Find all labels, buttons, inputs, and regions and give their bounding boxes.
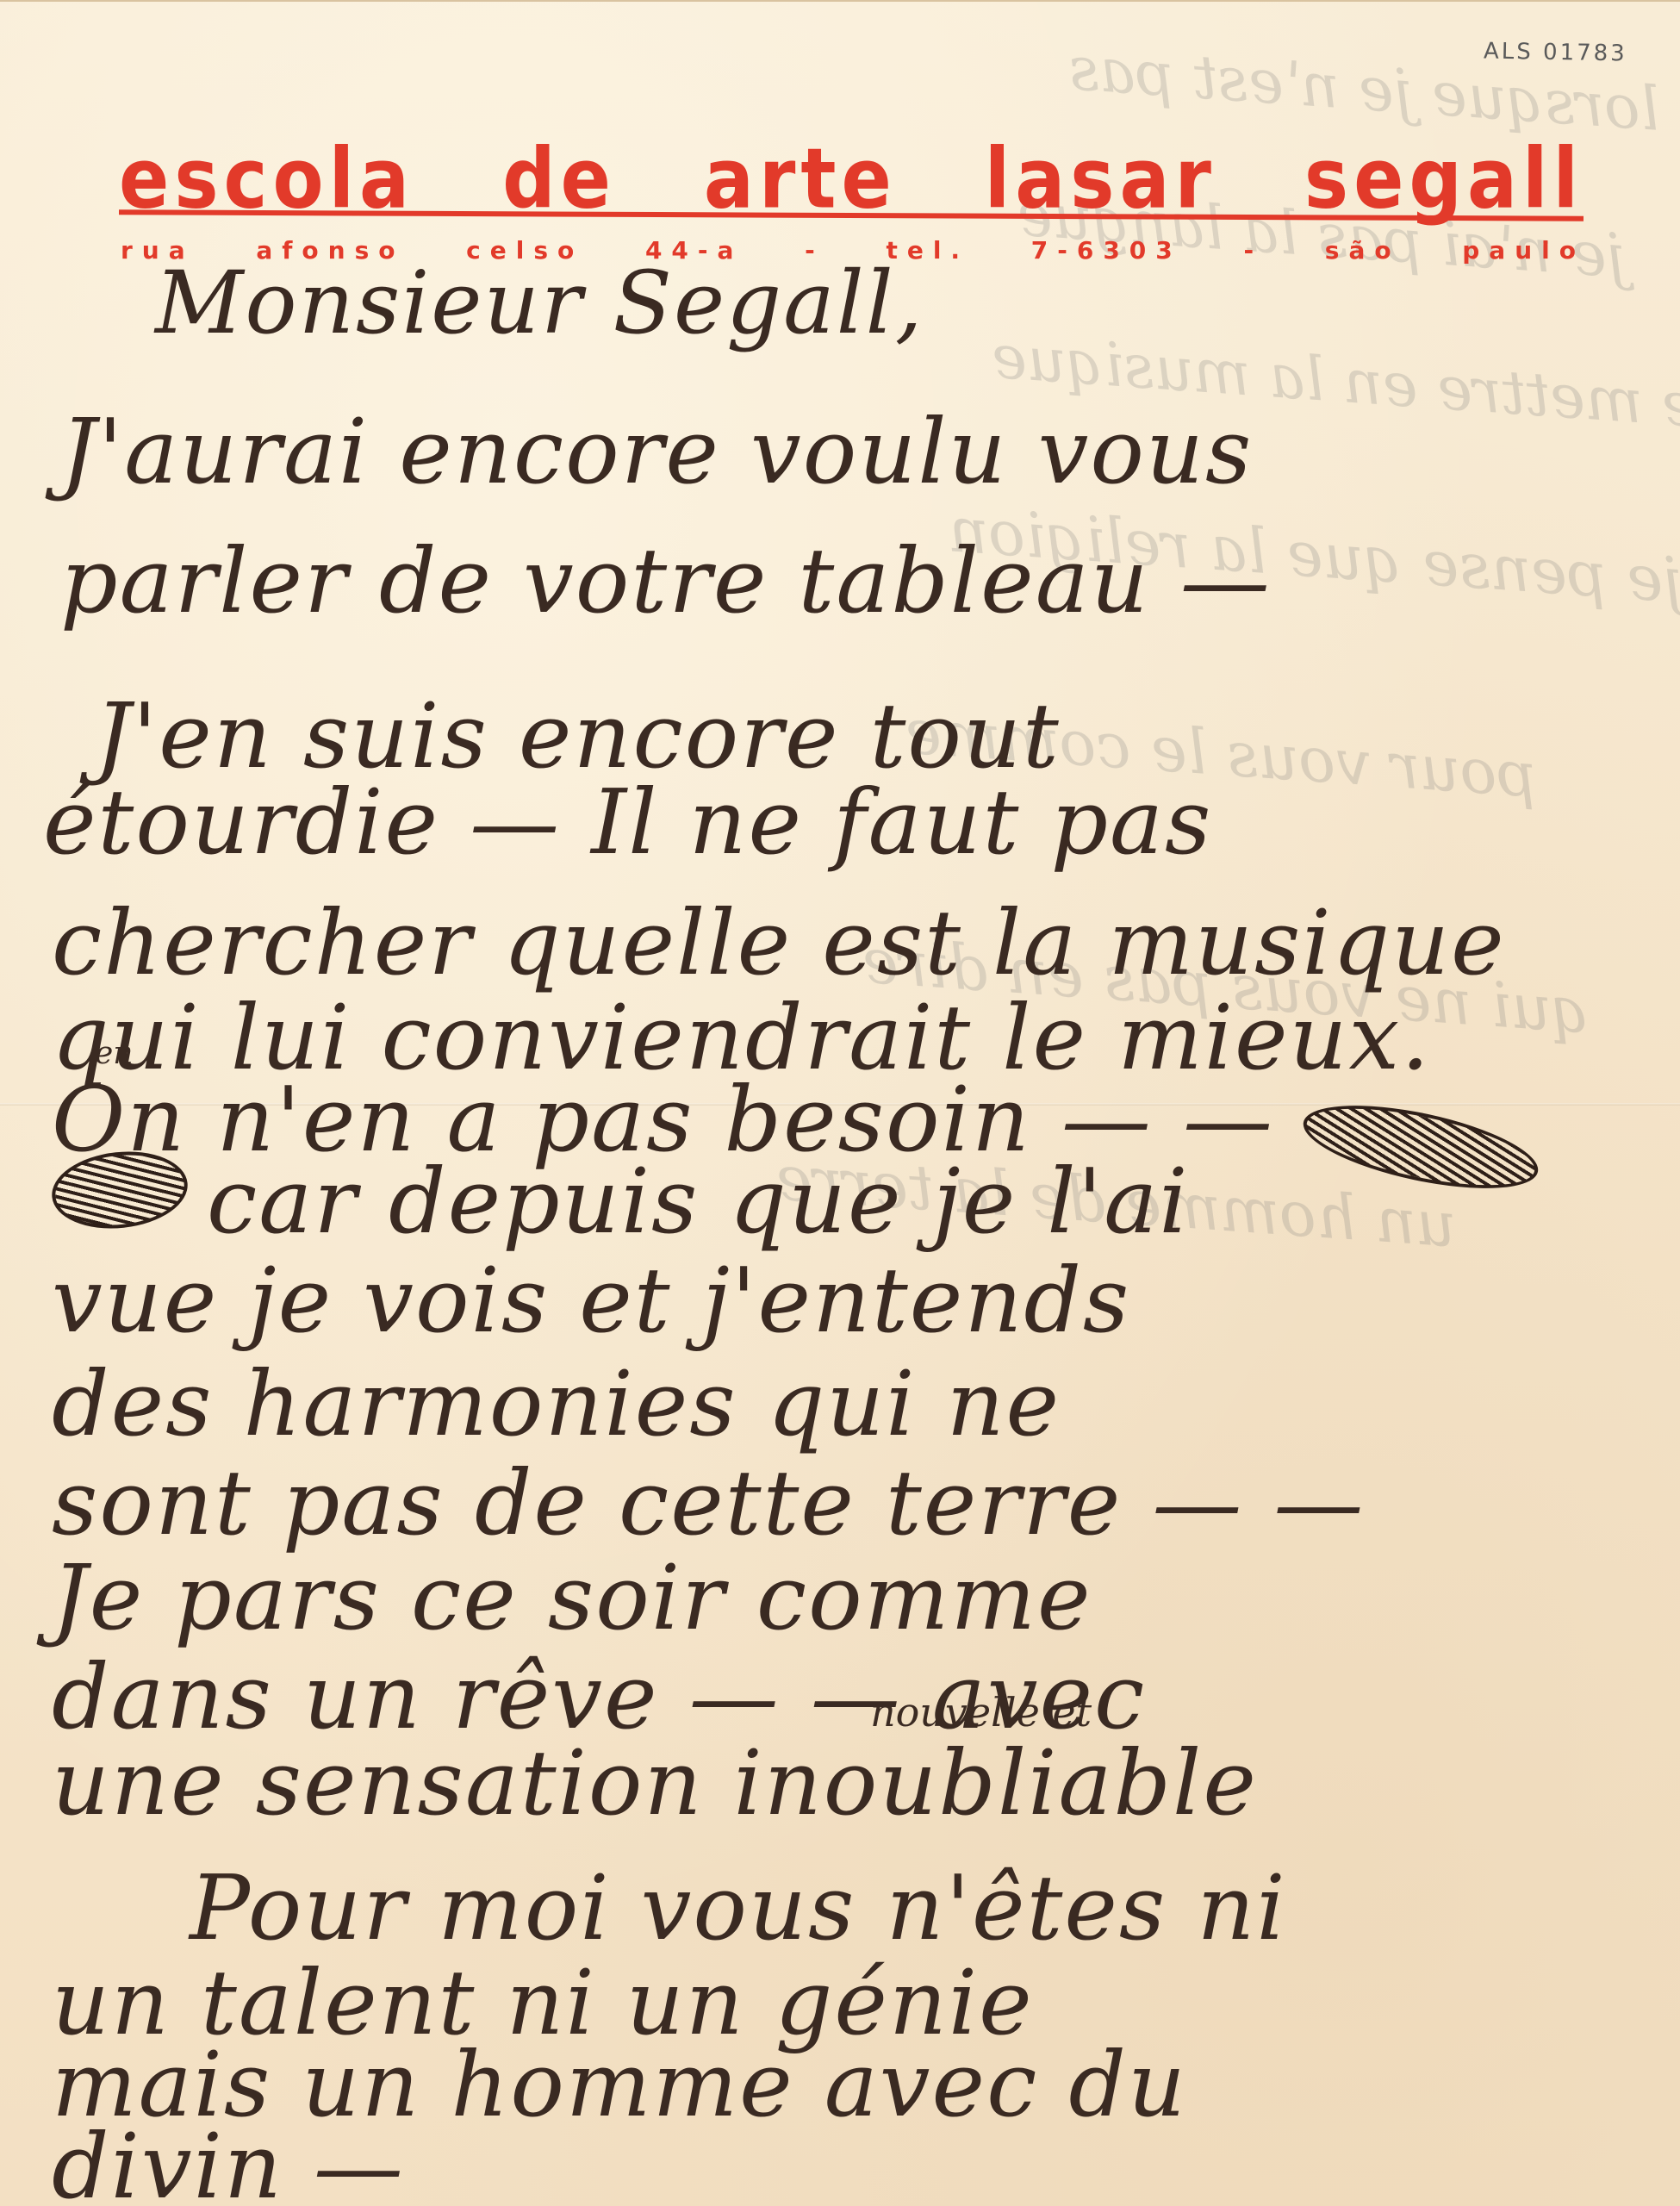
letter-line: parler de votre tableau — (60, 536, 1272, 626)
letter-salutation: Monsieur Segall, (155, 260, 924, 346)
letter-line: une sensation inoubliable (52, 1738, 1258, 1828)
letter-line: étourdie — Il ne faut pas (43, 777, 1212, 867)
letter-line: J'en suis encore tout (95, 691, 1061, 781)
letter-line: J'aurai encore voulu vous (60, 407, 1253, 496)
interlinear-insertion: en (95, 1036, 134, 1071)
address-part: paulo (1462, 236, 1585, 265)
letter-line: vue je vois et j'entends (52, 1256, 1130, 1345)
letter-line: Je pars ce soir comme (52, 1553, 1092, 1642)
address-part: 7-6303 (1031, 236, 1182, 265)
interlinear-insertion: nouvelle et (870, 1689, 1092, 1736)
address-part: são (1325, 236, 1401, 265)
letter-line: car depuis que je l'ai (207, 1156, 1190, 1246)
letter-line: chercher quelle est la musique (52, 898, 1506, 988)
letter-sheet: ALS 01783 lorsque je n'est pas je n'ai p… (0, 0, 1680, 2206)
address-part: - (1243, 236, 1263, 265)
letter-line: sont pas de cette terre — — (52, 1458, 1365, 1548)
letter-line: divin — (52, 2122, 405, 2206)
letterhead-word: segall (1304, 131, 1584, 227)
letter-line: des harmonies qui ne (52, 1359, 1061, 1449)
letter-line: Pour moi vous n'êtes ni (190, 1863, 1287, 1953)
